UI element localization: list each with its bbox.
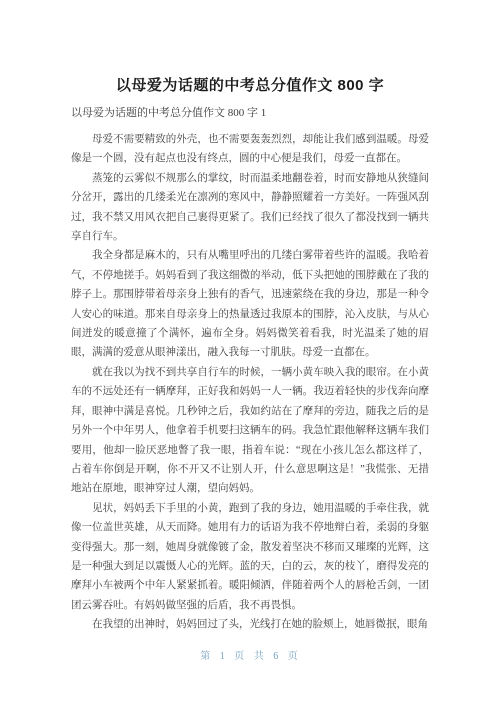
- document-subtitle: 以母爱为话题的中考总分值作文 800 字 1: [71, 104, 429, 122]
- paragraph-6: 在我望的出神时，妈妈回过了头，光线打在她的脸颊上，她唇微抿，眼角: [71, 615, 429, 634]
- paragraph-1: 母爱不需要精致的外壳，也不需要轰轰烈烈，却能让我们感到温暖。母爱像是一个圆，没有…: [71, 130, 429, 169]
- paragraph-2: 蒸笼的云雾似不规那么的掌纹，时而温柔地翻卷着，时而安静地从狭缝间分岔开，露出的几…: [71, 169, 429, 247]
- paragraph-5: 见状，妈妈丢下手里的小黄，跑到了我的身边，她用温暖的手牵住我，就像一位盖世英雄，…: [71, 499, 429, 615]
- paragraph-3: 我全身都是麻木的，只有从嘴里呼出的几缕白雾带着些许的温暖。我哈着气，不停地搓手。…: [71, 246, 429, 362]
- document-title: 以母爱为话题的中考总分值作文 800 字: [71, 76, 429, 96]
- paragraph-4: 就在我以为找不到共享自行车的时候，一辆小黄车映入我的眼帘。在小黄车的不远处还有一…: [71, 363, 429, 499]
- essay-body: 母爱不需要精致的外壳，也不需要轰轰烈烈，却能让我们感到温暖。母爱像是一个圆，没有…: [71, 130, 429, 635]
- page-number-footer: 第 1 页 共 6 页: [0, 647, 500, 662]
- document-page: 以母爱为话题的中考总分值作文 800 字 以母爱为话题的中考总分值作文 800 …: [0, 0, 500, 707]
